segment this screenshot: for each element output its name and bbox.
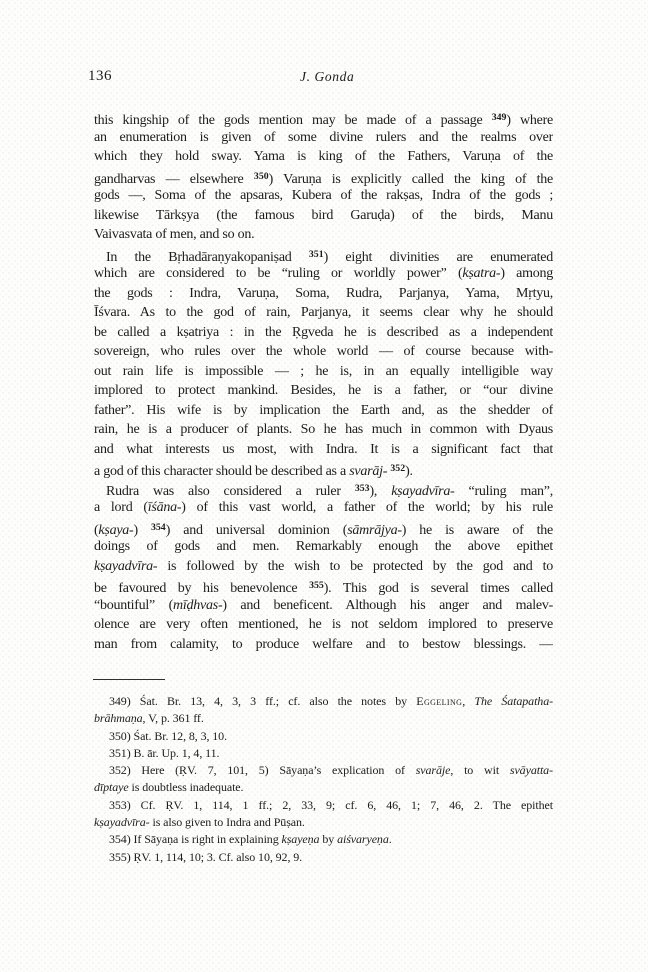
body-text-line: Rudra was also considered a ruler 353), … [94,479,553,499]
body-text-line: likewise Tārkṣya (the famous bird Garuḍa… [94,206,553,226]
body-text-line: In the Bṛhadāraṇyakopaniṣad 351) eight d… [94,245,553,265]
body-text-line: the gods : Indra, Varuṇa, Soma, Rudra, P… [94,284,553,304]
footnote-line: dīptaye is doubtless inadequate. [94,779,553,796]
body-text-line: gandharvas — elsewhere 350) Varuṇa is ex… [94,167,553,187]
running-head: J. Gonda [300,69,354,85]
body-text-line: man from calamity, to produce welfare an… [94,635,553,655]
body-text-line: be favoured by his benevolence 355). Thi… [94,576,553,596]
body-text-line: Īśvara. As to the god of rain, Parjanya,… [94,303,553,323]
footnote-line: brāhmaṇa, V, p. 361 ff. [94,710,553,727]
body-text-line: implored to protect mankind. Besides, he… [94,381,553,401]
body-text-line: a god of this character should be descri… [94,459,553,479]
body-text-line: Vaivasvata of men, and so on. [94,225,553,245]
body-text-line: olence are very often mentioned, he is n… [94,615,553,635]
footnote-line: 355) ṚV. 1, 114, 10; 3. Cf. also 10, 92,… [94,849,553,866]
body-text-line: rain, he is a producer of plants. So he … [94,420,553,440]
body-text-line: kṣayadvīra- is followed by the wish to b… [94,557,553,577]
body-text: this kingship of the gods mention may be… [94,108,553,654]
body-text-line: sovereign, who rules over the whole worl… [94,342,553,362]
body-text-line: doings of gods and men. Remarkably enoug… [94,537,553,557]
body-text-line: father”. His wife is by implication the … [94,401,553,421]
body-text-line: “bountiful” (mīḍhvas-) and beneficent. A… [94,596,553,616]
footnotes: 349) Śat. Br. 13, 4, 3, 3 ff.; cf. also … [94,693,553,866]
body-text-line: a lord (īśāna-) of this vast world, a fa… [94,498,553,518]
body-text-line: this kingship of the gods mention may be… [94,108,553,128]
footnote-line: 349) Śat. Br. 13, 4, 3, 3 ff.; cf. also … [94,693,553,710]
page-number: 136 [88,68,112,85]
body-text-line: which are considered to be “ruling or wo… [94,264,553,284]
body-text-line: (kṣaya-) 354) and universal dominion (sā… [94,518,553,538]
body-text-line: be called a kṣatriya : in the Ṛgveda he … [94,323,553,343]
footnote-line: kṣayadvīra- is also given to Indra and P… [94,814,553,831]
footnote-line: 353) Cf. ṚV. 1, 114, 1 ff.; 2, 33, 9; cf… [94,797,553,814]
body-text-line: gods —, Soma of the apsaras, Kubera of t… [94,186,553,206]
body-text-line: which they hold sway. Yama is king of th… [94,147,553,167]
footnote-separator [93,679,165,680]
footnote-line: 354) If Sāyaṇa is right in explaining kṣ… [94,831,553,848]
body-text-line: out rain life is impossible — ; he is, i… [94,362,553,382]
body-text-line: and what interests us most, with Indra. … [94,440,553,460]
page: 136 J. Gonda this kingship of the gods m… [0,0,648,972]
footnote-line: 352) Here (ṚV. 7, 101, 5) Sāyaṇa’s expli… [94,762,553,779]
footnote-line: 351) B. ār. Up. 1, 4, 11. [94,745,553,762]
body-text-line: an enumeration is given of some divine r… [94,128,553,148]
footnote-line: 350) Śat. Br. 12, 8, 3, 10. [94,728,553,745]
